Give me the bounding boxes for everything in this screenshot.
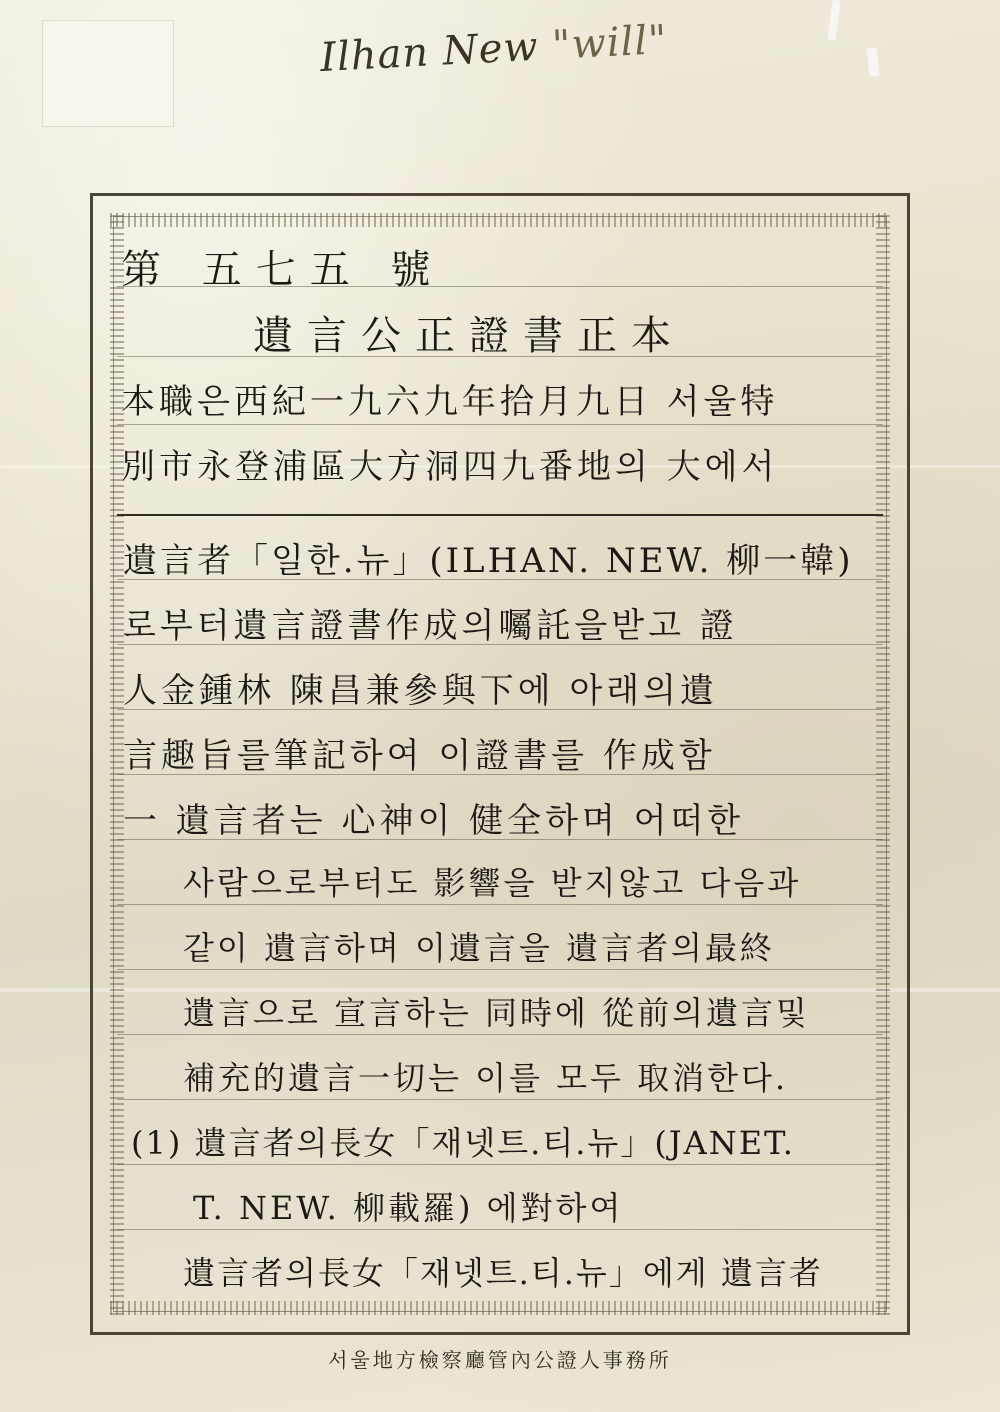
ruled-line — [117, 1099, 883, 1100]
body-line: 같이 遺言하며 이遺言을 遺言者의最終 — [183, 923, 775, 969]
intro-line: 別市永登浦區大方洞四九番地의 大에서 — [121, 439, 778, 488]
document-number: 第 五七五 號 — [121, 238, 444, 295]
body-line: 人金鍾林 陳昌兼參與下에 아래의遺 — [123, 663, 718, 712]
ruled-line — [117, 904, 883, 905]
document-title: 遺言公正證書正本 — [253, 304, 685, 361]
intro-line: 本職은西紀一九六九年拾月九日 서울特 — [121, 374, 778, 423]
body-line: T. NEW. 柳載羅) 에對하여 — [193, 1183, 623, 1229]
ruled-line — [117, 1229, 883, 1230]
body-line: 遺言으로 宣言하는 同時에 從前의遺言및 — [183, 988, 810, 1034]
notary-office-imprint: 서울地方檢察廳管內公證人事務所 — [0, 1344, 1000, 1373]
body-line: 사람으로부터도 影響을 받지않고 다음과 — [183, 858, 801, 904]
document-frame: 第 五七五 號 遺言公正證書正本 本職은西紀一九六九年拾月九日 서울特 別市永登… — [90, 193, 910, 1335]
body-line: 一 遺言者는 心神이 健全하며 어떠한 — [123, 793, 744, 842]
ruled-line — [117, 1164, 883, 1165]
section-divider — [117, 514, 883, 516]
annotation-label: "will" — [551, 17, 669, 69]
body-line: 補充的遺言一切는 이를 모두 取消한다. — [183, 1053, 788, 1099]
ruled-line — [117, 424, 883, 425]
paper-repair-patch — [42, 20, 174, 127]
body-line: 遺言者의長女「재넷트.티.뉴」에게 遺言者 — [183, 1248, 823, 1294]
body-line: 로부터遺言證書作成의囑託을받고 證 — [123, 598, 738, 647]
body-line: 遺言者「일한.뉴」(ILHAN. NEW. 柳一韓) — [123, 533, 853, 582]
body-line: 言趣旨를筆記하여 이證書를 作成함 — [123, 728, 716, 777]
ruled-line — [117, 1034, 883, 1035]
ruled-line — [117, 969, 883, 970]
body-line: (1) 遺言者의長女「재넷트.티.뉴」(JANET. — [131, 1118, 795, 1164]
